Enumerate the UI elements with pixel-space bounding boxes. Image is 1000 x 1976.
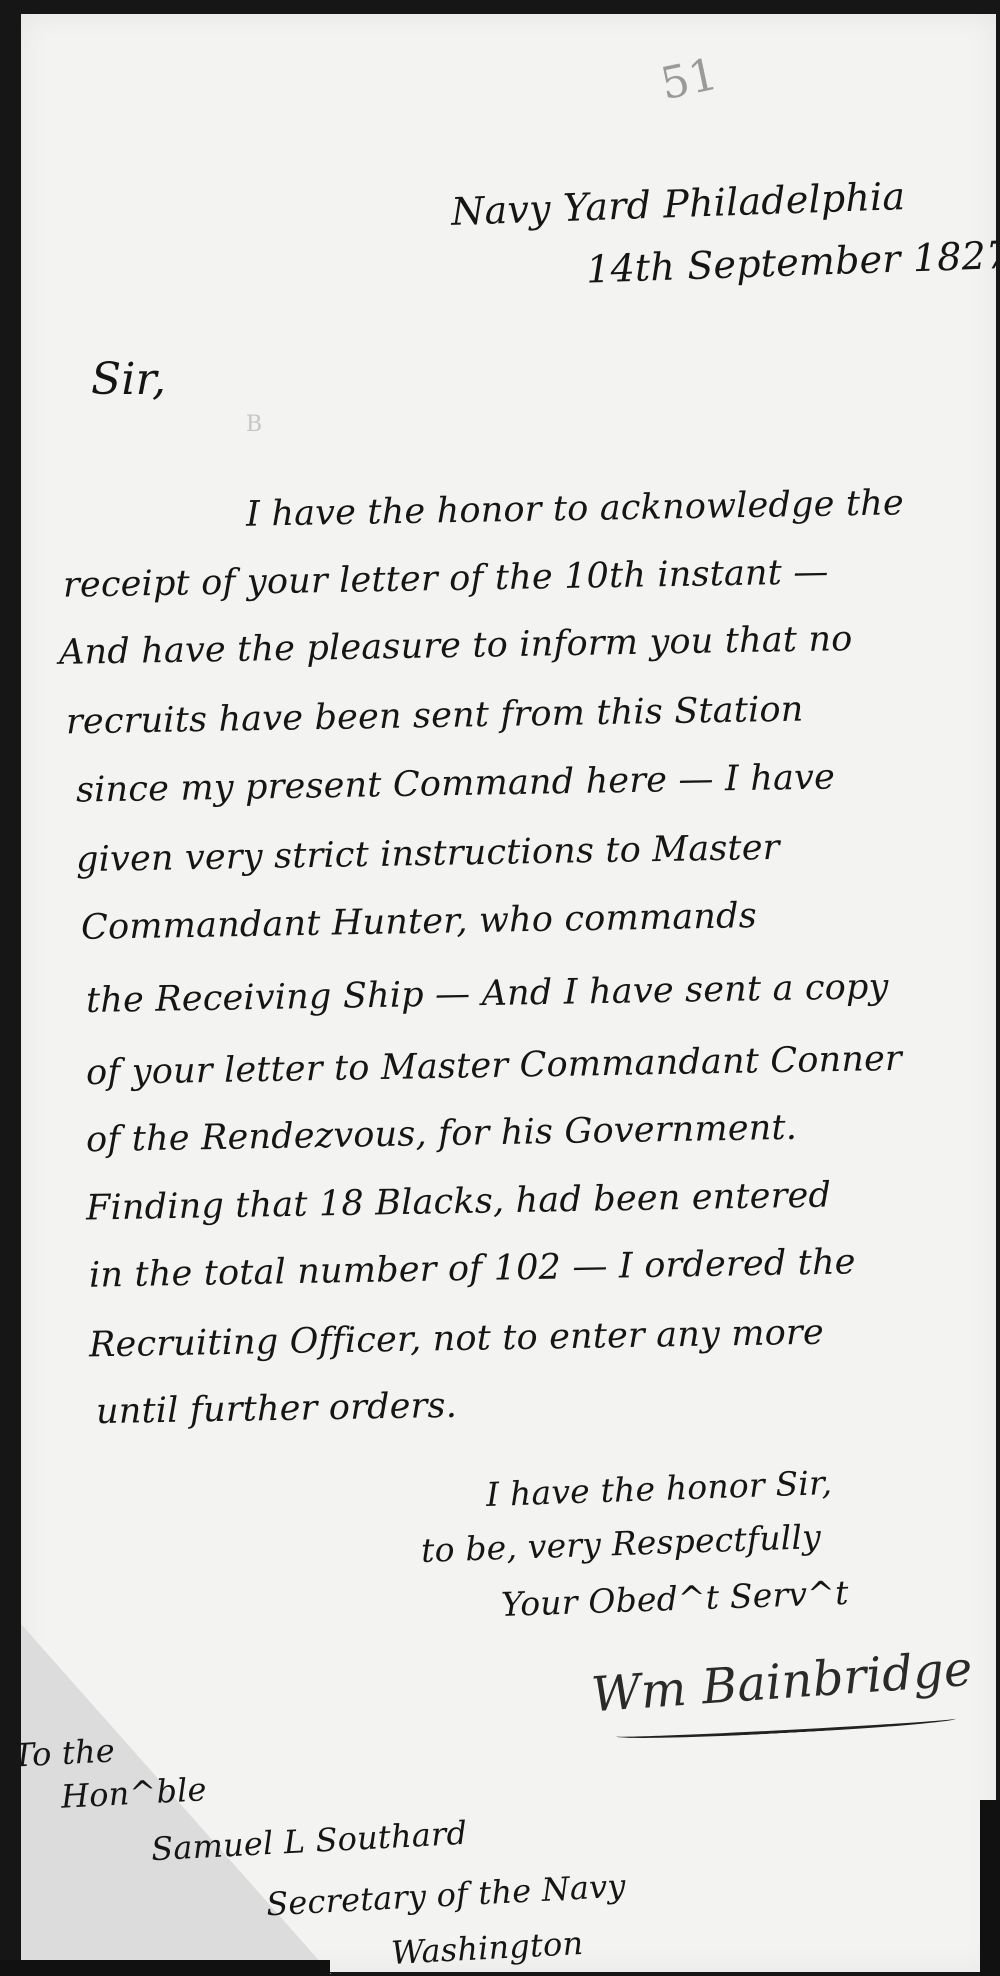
address-line: To the (12, 1731, 116, 1774)
closing-line: Your Obed^t Serv^t (500, 1573, 849, 1624)
body-line: recruits have been sent from this Statio… (66, 690, 804, 743)
pencil-mark: B (246, 412, 262, 437)
heading-date: 14th September 1827. (585, 232, 1000, 291)
body-line: in the total number of 102 — I ordered t… (89, 1242, 856, 1295)
scan-edge-shadow (0, 1625, 7, 1865)
body-line: I have the honor to acknowledge the (246, 483, 904, 534)
body-line: since my present Command here — I have (76, 757, 836, 810)
closing-line: I have the honor Sir, (485, 1463, 832, 1514)
letter-page: 51 Navy Yard Philadelphia 14th September… (21, 14, 996, 1972)
heading-place: Navy Yard Philadelphia (450, 174, 906, 234)
body-line: receipt of your letter of the 10th insta… (63, 552, 829, 605)
body-line: of your letter to Master Commandant Conn… (86, 1039, 903, 1093)
body-line: And have the pleasure to inform you that… (59, 619, 853, 673)
scan-edge-bottom (0, 1960, 330, 1976)
scan-edge-right (980, 1800, 1000, 1976)
body-line: Finding that 18 Blacks, had been entered (86, 1176, 832, 1229)
closing-line: to be, very Respectfully (420, 1517, 821, 1570)
body-line: until further orders. (96, 1386, 458, 1432)
signature: Wm Bainbridge (590, 1641, 975, 1723)
body-line: given very strict instructions to Master (76, 828, 780, 880)
body-line: Commandant Hunter, who commands (81, 896, 757, 948)
body-line: of the Rendezvous, for his Government. (86, 1108, 798, 1160)
folio-number: 51 (656, 49, 722, 111)
body-line: Recruiting Officer, not to enter any mor… (89, 1313, 824, 1366)
address-line: Hon^ble (60, 1770, 207, 1816)
address-line: Washington (390, 1924, 584, 1972)
salutation: Sir, (91, 354, 166, 405)
body-line: the Receiving Ship — And I have sent a c… (86, 967, 889, 1021)
